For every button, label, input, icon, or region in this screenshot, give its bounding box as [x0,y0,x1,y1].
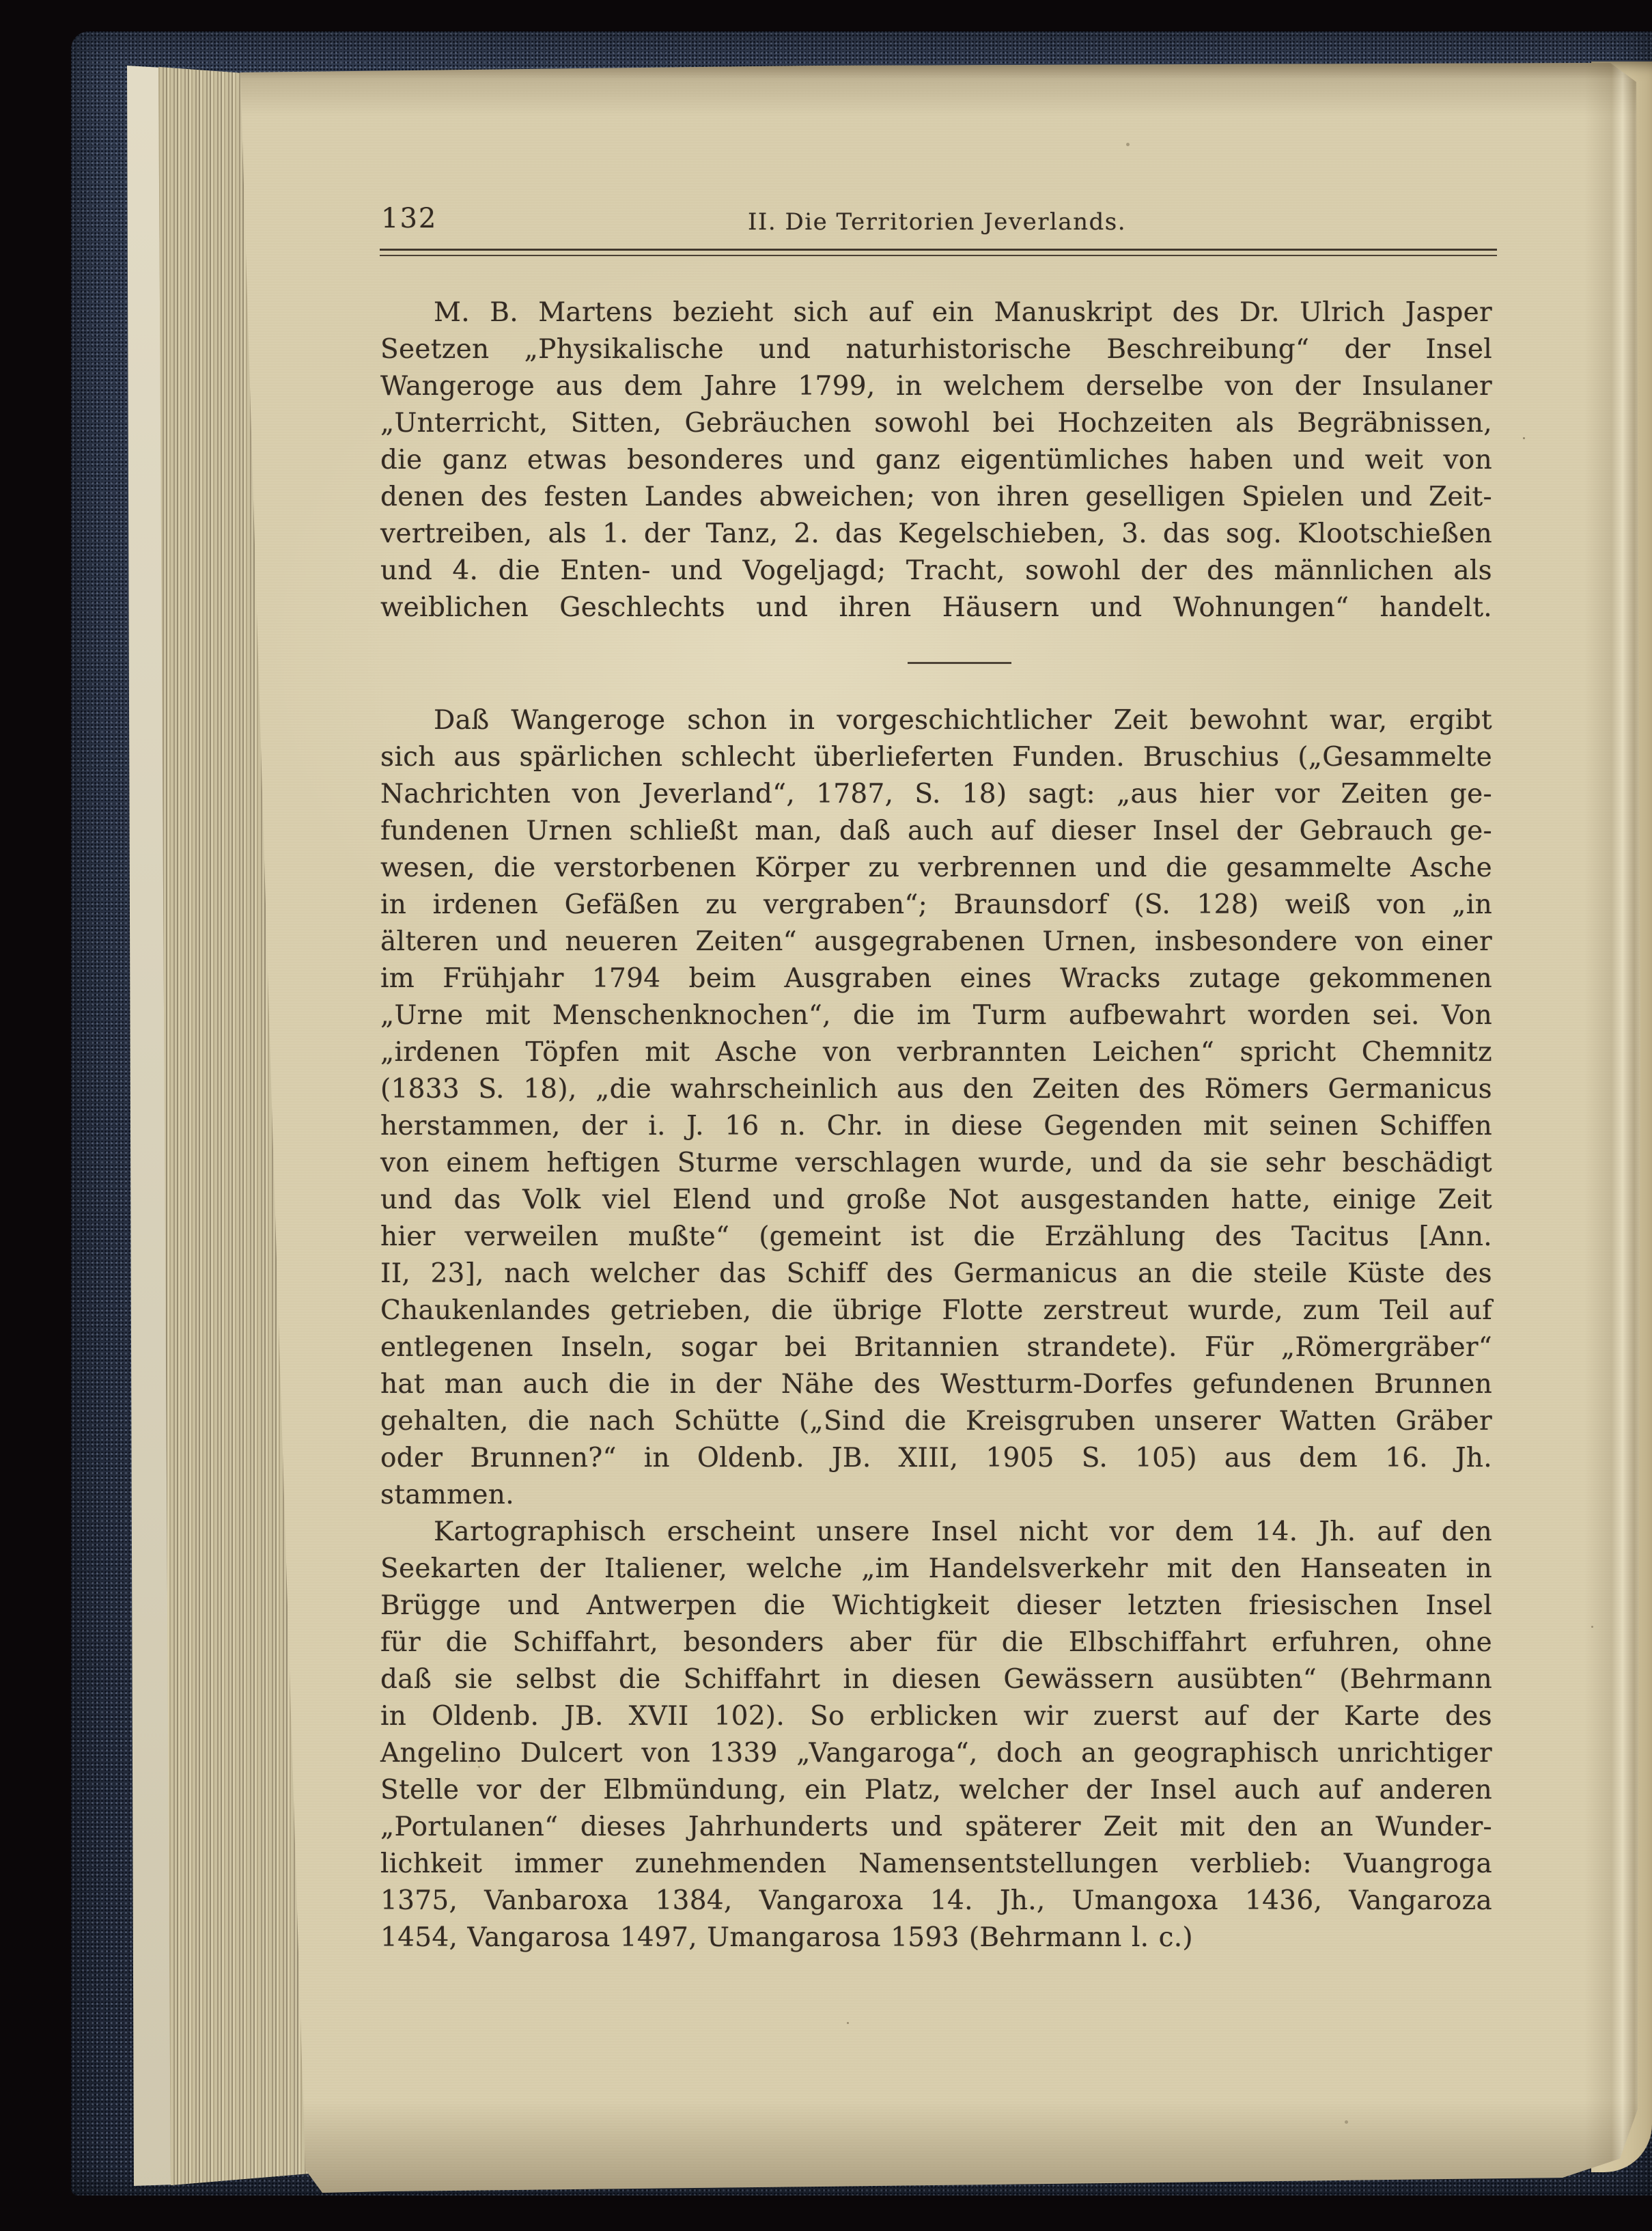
scanned-book-page: 132 II. Die Territorien Jeverlands. M. B… [0,0,1652,2231]
text-line: denen des festen Landes abweichen; von i… [380,479,1492,516]
text-line: fundenen Urnen schließt man, daß auch au… [380,813,1492,850]
text-line: „Urne mit Menschenknochen“, die im Turm … [380,997,1492,1034]
text-line: in Oldenb. JB. XVII 102). So erblicken w… [380,1698,1492,1735]
header-rule-top [380,249,1497,251]
text-line: Kartographisch erscheint unsere Insel ni… [380,1514,1492,1551]
text-line: vertreiben, als 1. der Tanz, 2. das Kege… [380,516,1492,553]
text-line: (1833 S. 18), „die wahrscheinlich aus de… [380,1071,1492,1108]
text-line: hat man auch die in der Nähe des Westtur… [380,1366,1492,1403]
header-rule-bottom [380,255,1497,256]
text-line: von einem heftigen Sturme verschlagen wu… [380,1145,1492,1182]
section-divider [380,626,1492,702]
text-line: M. B. Martens bezieht sich auf ein Manus… [380,294,1492,331]
paper-specks [0,0,2,2]
text-line: „Portulanen“ dieses Jahrhunderts und spä… [380,1809,1492,1846]
text-line: II, 23], nach welcher das Schiff des Ger… [380,1256,1492,1292]
paragraph: Daß Wangeroge schon in vorgeschichtliche… [380,702,1492,1514]
text-line: und 4. die Enten- und Vogeljagd; Tracht,… [380,553,1492,590]
text-line: im Frühjahr 1794 beim Ausgraben eines Wr… [380,960,1492,997]
text-line: Brügge und Antwerpen die Wichtigkeit die… [380,1588,1492,1624]
running-header: II. Die Territorien Jeverlands. [380,207,1494,237]
text-line: Seetzen „Physikalische und naturhistoris… [380,331,1492,368]
text-line: entlegenen Inseln, sogar bei Britannien … [380,1329,1492,1366]
text-line: hier verweilen mußte“ (gemeint ist die E… [380,1219,1492,1256]
paragraph: M. B. Martens bezieht sich auf ein Manus… [380,294,1492,626]
text-line: „Unterricht, Sitten, Gebräuchen sowohl b… [380,405,1492,442]
text-block: M. B. Martens bezieht sich auf ein Manus… [380,294,1492,1956]
text-line: Wangeroge aus dem Jahre 1799, in welchem… [380,368,1492,405]
text-line: und das Volk viel Elend und große Not au… [380,1182,1492,1219]
header-rule [380,249,1497,256]
text-line: stammen. [380,1477,1492,1514]
text-line: 1454, Vangarosa 1497, Umangarosa 1593 (B… [380,1920,1492,1956]
text-line: Chaukenlandes getrieben, die übrige Flot… [380,1292,1492,1329]
text-line: 1375, Vanbaroxa 1384, Vangaroxa 14. Jh.,… [380,1883,1492,1920]
text-line: Angelino Dulcert von 1339 „Vangaroga“, d… [380,1735,1492,1772]
text-line: für die Schiffahrt, besonders aber für d… [380,1624,1492,1661]
paragraph: Kartographisch erscheint unsere Insel ni… [380,1514,1492,1956]
text-line: Stelle vor der Elbmündung, ein Platz, we… [380,1772,1492,1809]
section-divider-line [908,662,1011,664]
text-line: Seekarten der Italiener, welche „im Hand… [380,1551,1492,1588]
text-line: weiblichen Geschlechts und ihren Häusern… [380,590,1492,626]
text-line: daß sie selbst die Schiffahrt in diesen … [380,1661,1492,1698]
text-line: „irdenen Töpfen mit Asche von verbrannte… [380,1034,1492,1071]
text-line: in irdenen Gefäßen zu vergraben“; Brauns… [380,887,1492,924]
text-line: wesen, die verstorbenen Körper zu verbre… [380,850,1492,887]
text-line: älteren und neueren Zeiten“ ausgegrabene… [380,924,1492,960]
text-line: die ganz etwas besonderes und ganz eigen… [380,442,1492,479]
text-line: oder Brunnen?“ in Oldenb. JB. XIII, 1905… [380,1440,1492,1477]
text-line: lichkeit immer zunehmenden Namensentstel… [380,1846,1492,1883]
text-line: gehalten, die nach Schütte („Sind die Kr… [380,1403,1492,1440]
text-line: Daß Wangeroge schon in vorgeschichtliche… [380,702,1492,739]
text-line: herstammen, der i. J. 16 n. Chr. in dies… [380,1108,1492,1145]
text-line: Nachrichten von Jeverland“, 1787, S. 18)… [380,776,1492,813]
text-line: sich aus spärlichen schlecht überliefert… [380,739,1492,776]
